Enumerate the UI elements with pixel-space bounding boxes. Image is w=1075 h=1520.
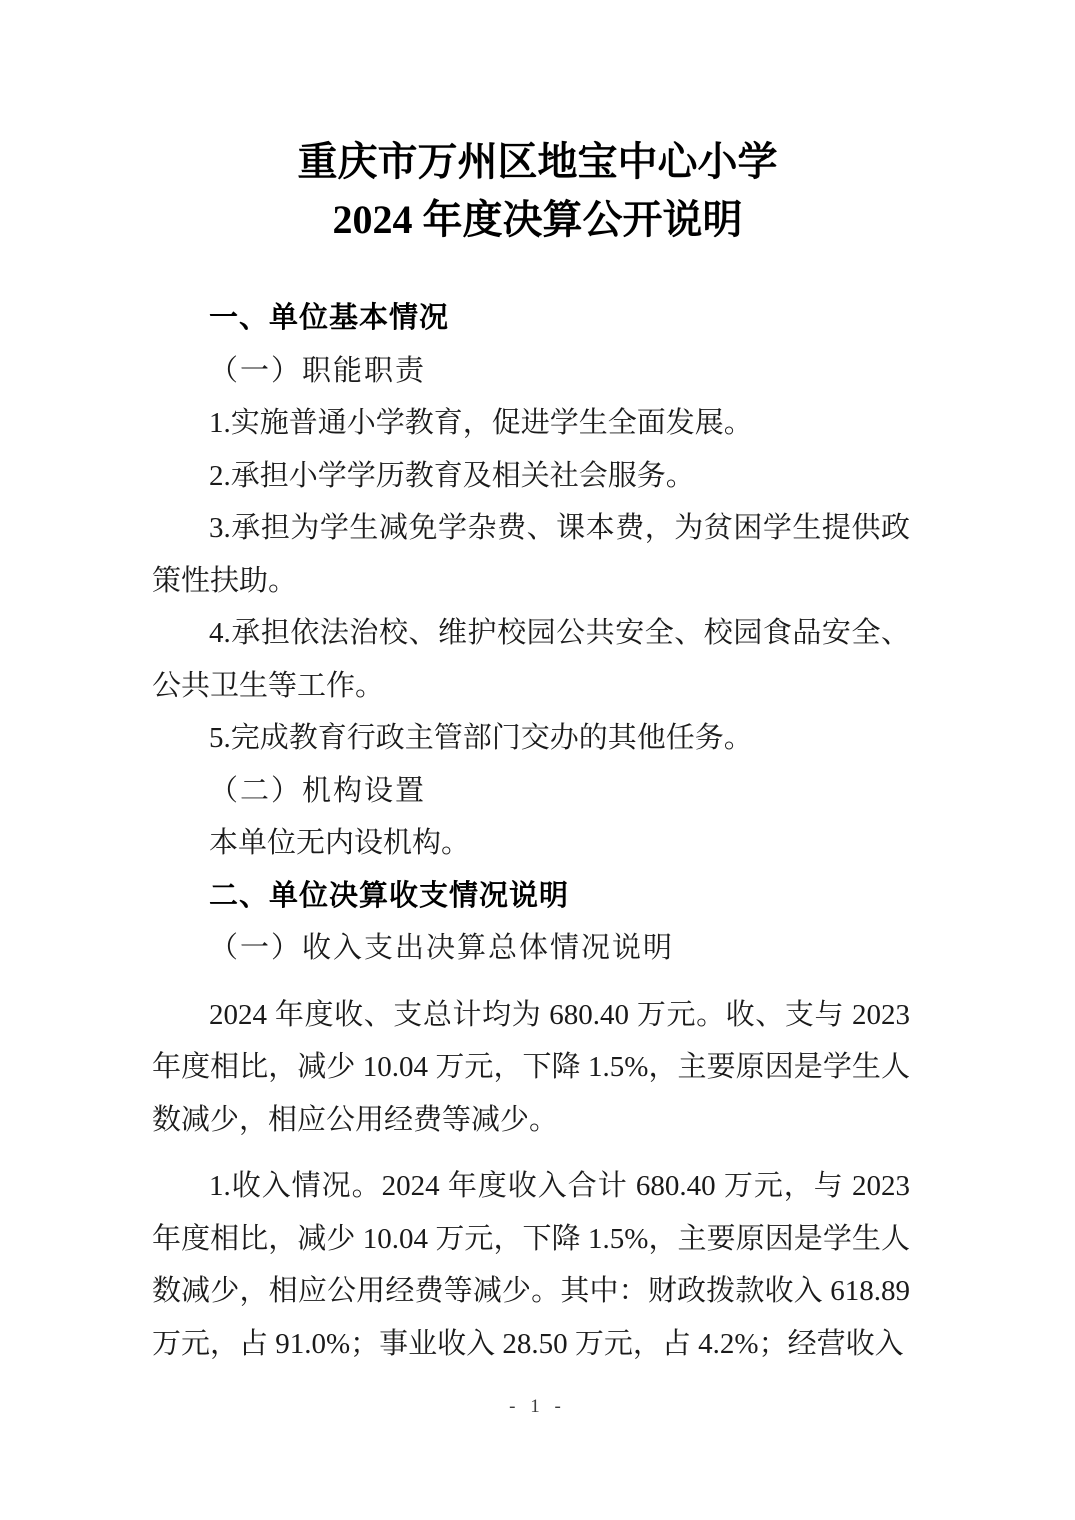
page-number: - 1 - [509, 1396, 566, 1417]
page-footer: - 1 - [0, 1396, 1075, 1418]
document-title-line1: 重庆市万州区地宝中心小学 [0, 133, 1075, 191]
document-body: 一、单位基本情况 （一）职能职责 1.实施普通小学教育，促进学生全面发展。 2.… [152, 292, 910, 1370]
body-paragraph-duty-4: 4.承担依法治校、维护校园公共安全、校园食品安全、公共卫生等工作。 [152, 607, 910, 712]
body-paragraph-income: 1.收入情况。2024 年度收入合计 680.40 万元，与 2023 年度相比… [152, 1160, 910, 1370]
subsection-heading-1-2: （二）机构设置 [152, 765, 910, 818]
section-heading-1: 一、单位基本情况 [152, 292, 910, 345]
body-paragraph-duty-5: 5.完成教育行政主管部门交办的其他任务。 [152, 712, 910, 765]
body-paragraph-duty-1: 1.实施普通小学教育，促进学生全面发展。 [152, 397, 910, 450]
body-paragraph-duty-2: 2.承担小学学历教育及相关社会服务。 [152, 450, 910, 503]
document-page: 重庆市万州区地宝中心小学 2024 年度决算公开说明 一、单位基本情况 （一）职… [0, 0, 1075, 1520]
document-title: 重庆市万州区地宝中心小学 2024 年度决算公开说明 [0, 133, 1075, 249]
body-paragraph-totals: 2024 年度收、支总计均为 680.40 万元。收、支与 2023 年度相比，… [152, 989, 910, 1147]
body-paragraph-duty-3: 3.承担为学生减免学杂费、课本费，为贫困学生提供政策性扶助。 [152, 502, 910, 607]
document-title-line2: 2024 年度决算公开说明 [0, 191, 1075, 249]
subsection-heading-1-1: （一）职能职责 [152, 345, 910, 398]
section-heading-2: 二、单位决算收支情况说明 [152, 870, 910, 923]
subsection-heading-2-1: （一）收入支出决算总体情况说明 [152, 922, 910, 975]
body-paragraph-org: 本单位无内设机构。 [152, 817, 910, 870]
